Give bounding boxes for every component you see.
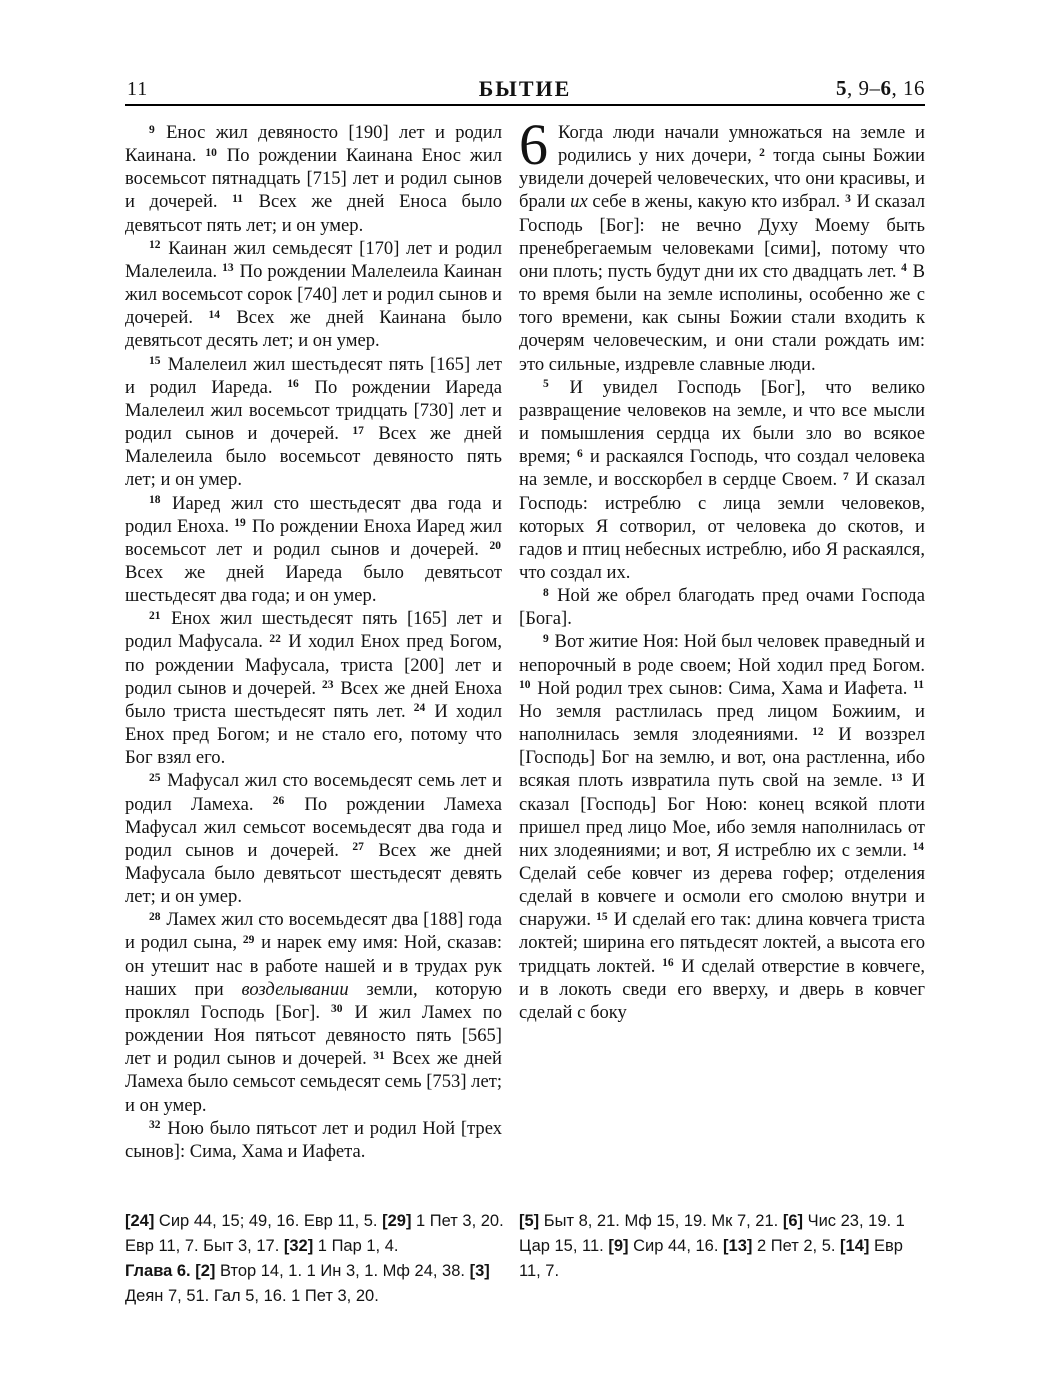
bible-page: 11 БЫТИЕ 5, 9–6, 16 9 Енос жил девяносто… <box>0 0 1050 1400</box>
verse-paragraph: 15 Малелеил жил шестьдесят пять [165] ле… <box>125 353 502 492</box>
verse-number: 16 <box>287 378 300 390</box>
verse-number: 24 <box>414 702 427 714</box>
verse-number: 5 <box>543 378 550 390</box>
verse-number: 12 <box>149 239 162 251</box>
verse-paragraph: 12 Каинан жил семьдесят [170] лет и роди… <box>125 237 502 353</box>
verse-number: 28 <box>149 911 162 923</box>
verse-number: 16 <box>662 957 675 969</box>
verse-number: 18 <box>149 494 162 506</box>
verse-number: 20 <box>490 540 503 552</box>
verse-number: 6 <box>577 448 584 460</box>
verse-number: 32 <box>149 1119 162 1131</box>
verse-number: 7 <box>843 471 850 483</box>
footnotes-left: [24] Сир 44, 15; 49, 16. Евр 11, 5. [29]… <box>125 1209 504 1309</box>
verse-number: 8 <box>543 587 550 599</box>
footnote-paragraph: [5] Быт 8, 21. Мф 15, 19. Мк 7, 21. [6] … <box>519 1209 925 1284</box>
chapter-verse-range: 5, 9–6, 16 <box>836 76 925 101</box>
chapter-drop-cap: 6 <box>519 121 558 167</box>
verse-number: 25 <box>149 772 162 784</box>
right-text-column: 6Когда люди начали умножаться на земле и… <box>519 121 925 1024</box>
verse-number: 21 <box>149 610 162 622</box>
verse-number: 11 <box>913 679 925 691</box>
verse-number: 10 <box>205 147 218 159</box>
verse-number: 9 <box>149 124 156 136</box>
footnote-paragraph: Глава 6. [2] Втор 14, 1. 1 Ин 3, 1. Мф 2… <box>125 1259 504 1309</box>
verse-paragraph: 5 И увидел Господь [Бог], что велико раз… <box>519 376 925 584</box>
verse-number: 15 <box>149 355 162 367</box>
verse-number: 29 <box>243 934 256 946</box>
footnotes-right: [5] Быт 8, 21. Мф 15, 19. Мк 7, 21. [6] … <box>519 1209 925 1284</box>
verse-number: 2 <box>759 147 766 159</box>
left-text-column: 9 Енос жил девяносто [190] лет и родил К… <box>125 121 502 1163</box>
chapter-start-paragraph: 6Когда люди начали умножаться на земле и… <box>519 121 925 376</box>
verse-paragraph: 21 Енох жил шестьдесят пять [165] лет и … <box>125 607 502 769</box>
verse-number: 17 <box>352 425 365 437</box>
verse-paragraph: 9 Вот житие Ноя: Ной был человек праведн… <box>519 630 925 1024</box>
verse-paragraph: 32 Ною было пятьсот лет и родил Ной [тре… <box>125 1117 502 1163</box>
verse-number: 13 <box>891 772 904 784</box>
header-rule <box>125 104 925 106</box>
verse-paragraph: 25 Мафусал жил сто восемьдесят семь лет … <box>125 769 502 908</box>
verse-paragraph: 8 Ной же обрел благодать пред очами Госп… <box>519 584 925 630</box>
verse-number: 15 <box>596 911 609 923</box>
verse-number: 11 <box>232 193 244 205</box>
verse-number: 14 <box>913 841 926 853</box>
verse-number: 10 <box>519 679 532 691</box>
verse-number: 31 <box>373 1050 386 1062</box>
verse-number: 19 <box>234 517 247 529</box>
verse-number: 27 <box>352 841 365 853</box>
verse-paragraph: 18 Иаред жил сто шестьдесят два года и р… <box>125 492 502 608</box>
verse-number: 22 <box>269 633 282 645</box>
verse-paragraph: Когда люди начали умножаться на земле и … <box>519 122 925 375</box>
footnote-paragraph: [24] Сир 44, 15; 49, 16. Евр 11, 5. [29]… <box>125 1209 504 1259</box>
verse-number: 30 <box>331 1003 344 1015</box>
verse-paragraph: 9 Енос жил девяносто [190] лет и родил К… <box>125 121 502 237</box>
verse-paragraph: 28 Ламех жил сто восемьдесят два [188] г… <box>125 908 502 1116</box>
verse-number: 13 <box>222 262 235 274</box>
verse-number: 26 <box>273 795 286 807</box>
book-title: БЫТИЕ <box>125 76 925 102</box>
verse-number: 14 <box>208 309 221 321</box>
verse-number: 23 <box>322 679 335 691</box>
running-head: 11 БЫТИЕ 5, 9–6, 16 <box>125 76 925 102</box>
verse-number: 4 <box>901 262 908 274</box>
verse-number: 9 <box>543 633 550 645</box>
verse-number: 12 <box>812 726 825 738</box>
verse-number: 3 <box>845 193 852 205</box>
